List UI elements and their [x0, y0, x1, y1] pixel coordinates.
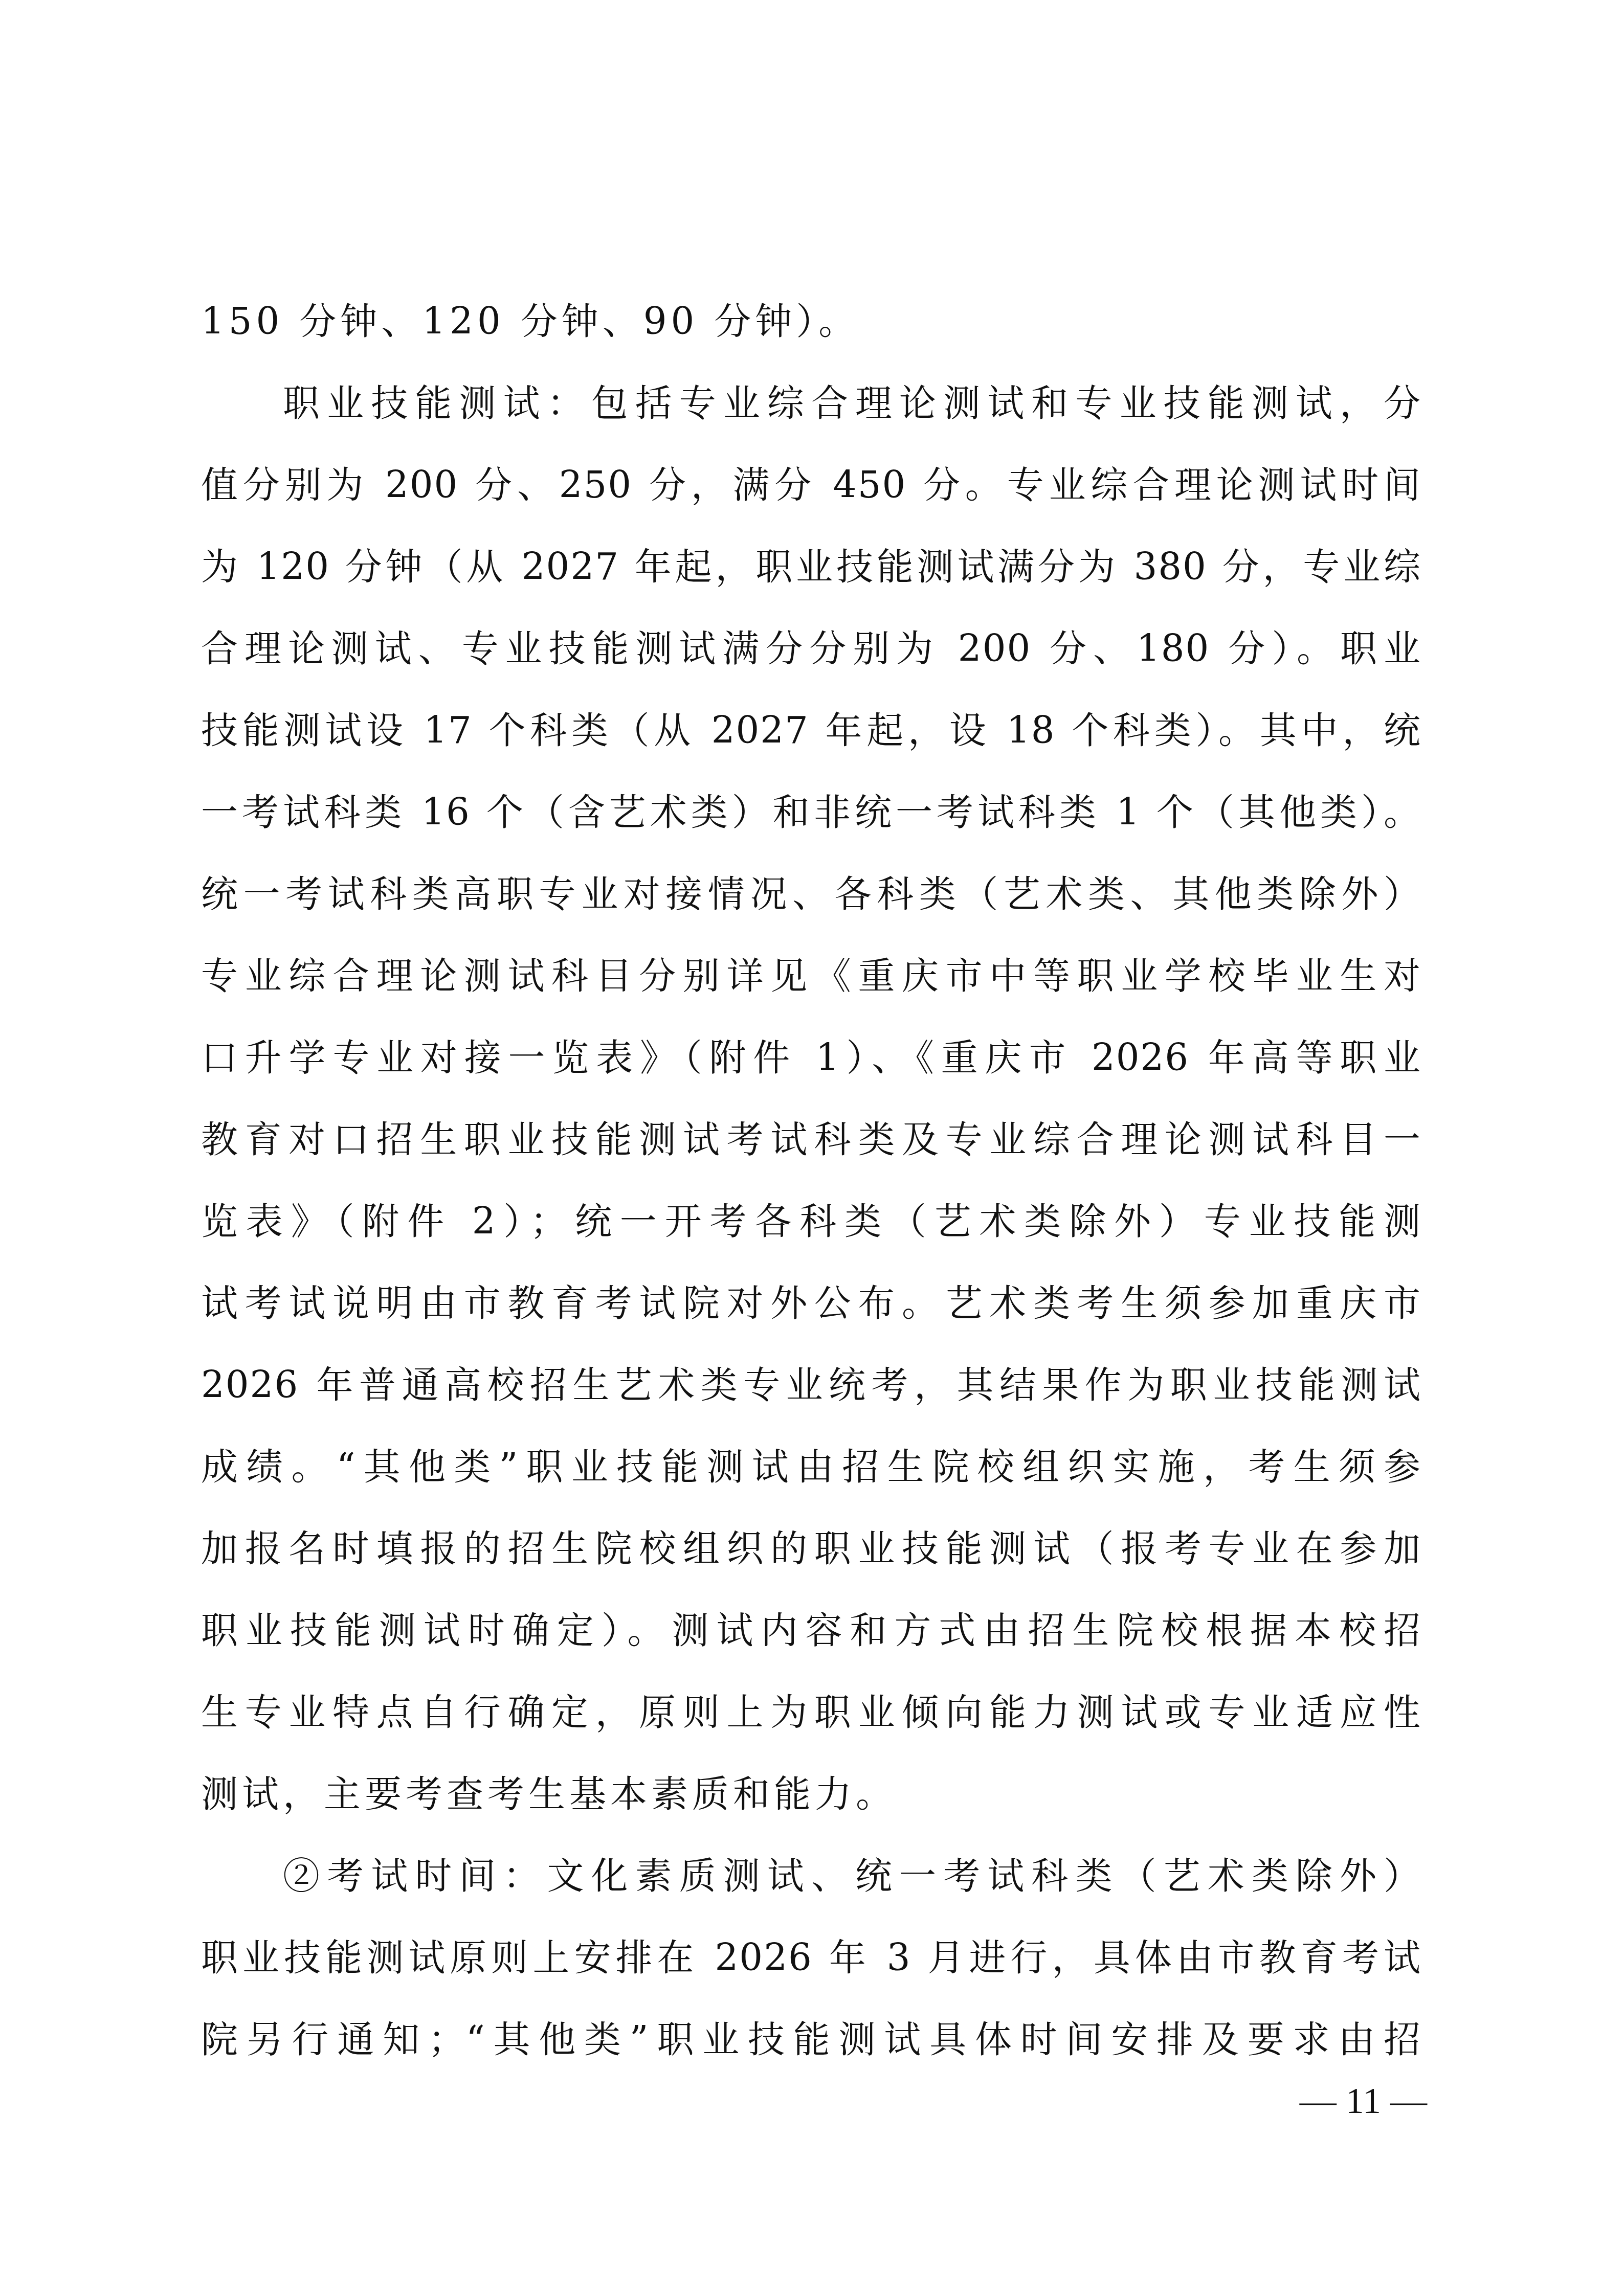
text-line-5: 合理论测试、专业技能测试满分分别为 200 分、180 分）。职业	[201, 628, 1421, 710]
text-line-9: 专业综合理论测试科目分别详见《重庆市中等职业学校毕业生对	[201, 955, 1421, 1037]
text-line-13: 试考试说明由市教育考试院对外公布。艺术类考生须参加重庆市	[201, 1282, 1421, 1364]
text-line-1: 150 分钟、120 分钟、90 分钟）。	[201, 301, 1421, 382]
text-line-18: 生专业特点自行确定，原则上为职业倾向能力测试或专业适应性	[201, 1692, 1421, 1773]
text-line-16: 加报名时填报的招生院校组织的职业技能测试（报考专业在参加	[201, 1528, 1421, 1610]
text-line-20: ②考试时间：文化素质测试、统一考试科类（艺术类除外）	[201, 1855, 1421, 1937]
text-line-15: 成绩。“其他类”职业技能测试由招生院校组织实施，考生须参	[201, 1446, 1421, 1528]
text-line-22: 院另行通知；“其他类”职业技能测试具体时间安排及要求由招	[201, 2019, 1421, 2101]
text-line-2: 职业技能测试：包括专业综合理论测试和专业技能测试，分	[201, 382, 1421, 464]
text-line-6: 技能测试设 17 个科类（从 2027 年起，设 18 个科类）。其中，统	[201, 710, 1421, 792]
text-line-11: 教育对口招生职业技能测试考试科类及专业综合理论测试科目一	[201, 1119, 1421, 1201]
text-line-3: 值分别为 200 分、250 分，满分 450 分。专业综合理论测试时间	[201, 464, 1421, 546]
text-line-19: 测试，主要考查考生基本素质和能力。	[201, 1773, 1421, 1855]
text-line-14: 2026 年普通高校招生艺术类专业统考，其结果作为职业技能测试	[201, 1364, 1421, 1446]
text-line-7: 一考试科类 16 个（含艺术类）和非统一考试科类 1 个（其他类）。	[201, 792, 1421, 873]
text-line-21: 职业技能测试原则上安排在 2026 年 3 月进行，具体由市教育考试	[201, 1937, 1421, 2019]
body-text: 150 分钟、120 分钟、90 分钟）。 职业技能测试：包括专业综合理论测试和…	[201, 301, 1421, 2101]
text-line-8: 统一考试科类高职专业对接情况、各科类（艺术类、其他类除外）	[201, 873, 1421, 955]
text-line-17: 职业技能测试时确定）。测试内容和方式由招生院校根据本校招	[201, 1610, 1421, 1692]
text-line-12: 览表》（附件 2）；统一开考各科类（艺术类除外）专业技能测	[201, 1201, 1421, 1282]
page-number: — 11 —	[1269, 2080, 1427, 2121]
document-page: 150 分钟、120 分钟、90 分钟）。 职业技能测试：包括专业综合理论测试和…	[0, 0, 1624, 2296]
text-line-10: 口升学专业对接一览表》（附件 1）、《重庆市 2026 年高等职业	[201, 1037, 1421, 1119]
text-line-4: 为 120 分钟（从 2027 年起，职业技能测试满分为 380 分，专业综	[201, 546, 1421, 628]
